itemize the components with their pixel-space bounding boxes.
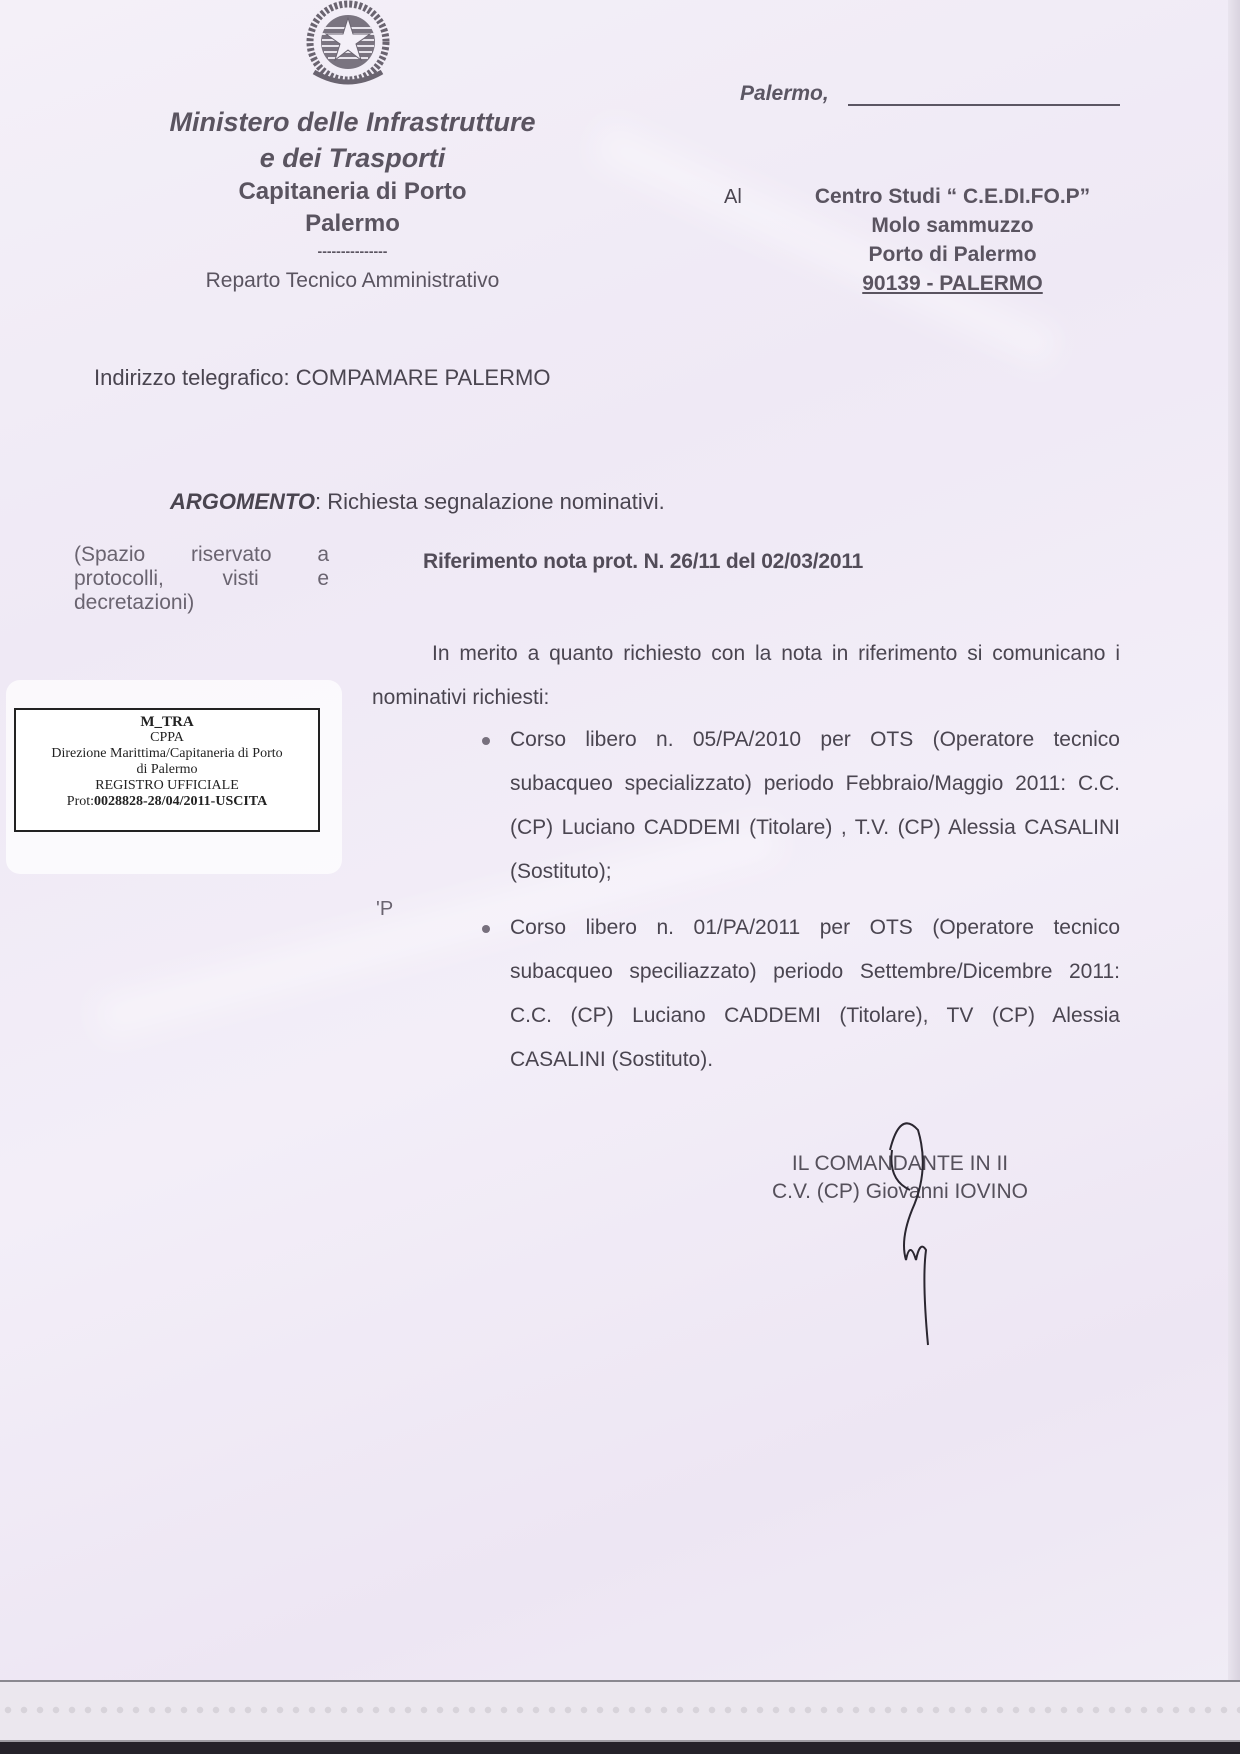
margin-mark: 'P xyxy=(376,898,393,921)
date-blank-line xyxy=(848,104,1120,106)
body-intro: In merito a quanto richiesto con la nota… xyxy=(372,632,1120,720)
page-right-edge xyxy=(1228,0,1240,1680)
ministry-name: Ministero delle Infrastrutture xyxy=(110,104,595,140)
list-item: Corso libero n. 01/PA/2011 per OTS (Oper… xyxy=(482,906,1120,1082)
separator: --------------- xyxy=(110,240,595,262)
recipient-address: Centro Studi “ C.E.DI.FO.P” Molo sammuzz… xyxy=(780,182,1125,298)
handwritten-signature-icon xyxy=(870,1110,950,1350)
stamp-line: CPPA xyxy=(16,730,318,746)
office-city: Palermo xyxy=(110,208,595,240)
recipient-postcode: 90139 - PALERMO xyxy=(780,269,1125,298)
reserved-space-note: (Spazio riservato a protocolli, visti e … xyxy=(74,543,329,615)
stamp-line: REGISTRO UFFICIALE xyxy=(16,778,318,794)
stamp-line: Direzione Marittima/Capitaneria di Porto xyxy=(16,746,318,762)
perforation xyxy=(0,1705,1240,1715)
recipient-prefix: Al xyxy=(724,186,742,209)
recipient-line: Porto di Palermo xyxy=(780,240,1125,269)
subject-line: ARGOMENTO: Richiesta segnalazione nomina… xyxy=(170,489,665,515)
prot-value: 0028828-28/04/2011-USCITA xyxy=(94,794,267,809)
telegraphic-address: Indirizzo telegrafico: COMPAMARE PALERMO xyxy=(94,365,550,391)
office-name: Capitaneria di Porto xyxy=(110,176,595,208)
course-text: Corso libero n. 05/PA/2010 per OTS (Oper… xyxy=(510,728,1120,883)
bullet-icon xyxy=(482,925,490,933)
recipient-line: Centro Studi “ C.E.DI.FO.P” xyxy=(780,182,1125,211)
stamp-protocol-number: Prot:0028828-28/04/2011-USCITA xyxy=(16,794,318,810)
emblem-icon xyxy=(300,0,396,88)
stamp-line: di Palermo xyxy=(16,762,318,778)
stamp-code: M_TRA xyxy=(16,714,318,730)
scan-edge xyxy=(0,1742,1240,1754)
subject-text: : Richiesta segnalazione nominativi. xyxy=(315,489,665,514)
list-item: Corso libero n. 05/PA/2010 per OTS (Oper… xyxy=(482,718,1120,894)
course-text: Corso libero n. 01/PA/2011 per OTS (Oper… xyxy=(510,916,1120,1071)
reference-note: Riferimento nota prot. N. 26/11 del 02/0… xyxy=(423,550,863,574)
recipient-line: Molo sammuzzo xyxy=(780,211,1125,240)
ministry-name-cont: e dei Trasporti xyxy=(110,140,595,176)
prot-label: Prot: xyxy=(67,794,94,809)
letterhead: Ministero delle Infrastrutture e dei Tra… xyxy=(110,104,595,296)
subject-label: ARGOMENTO xyxy=(170,489,315,514)
bullet-icon xyxy=(482,737,490,745)
department: Reparto Tecnico Amministrativo xyxy=(110,266,595,296)
protocol-stamp: M_TRA CPPA Direzione Marittima/Capitaner… xyxy=(14,708,320,832)
course-list: Corso libero n. 05/PA/2010 per OTS (Oper… xyxy=(482,718,1120,1082)
date-label: Palermo, xyxy=(740,82,829,106)
